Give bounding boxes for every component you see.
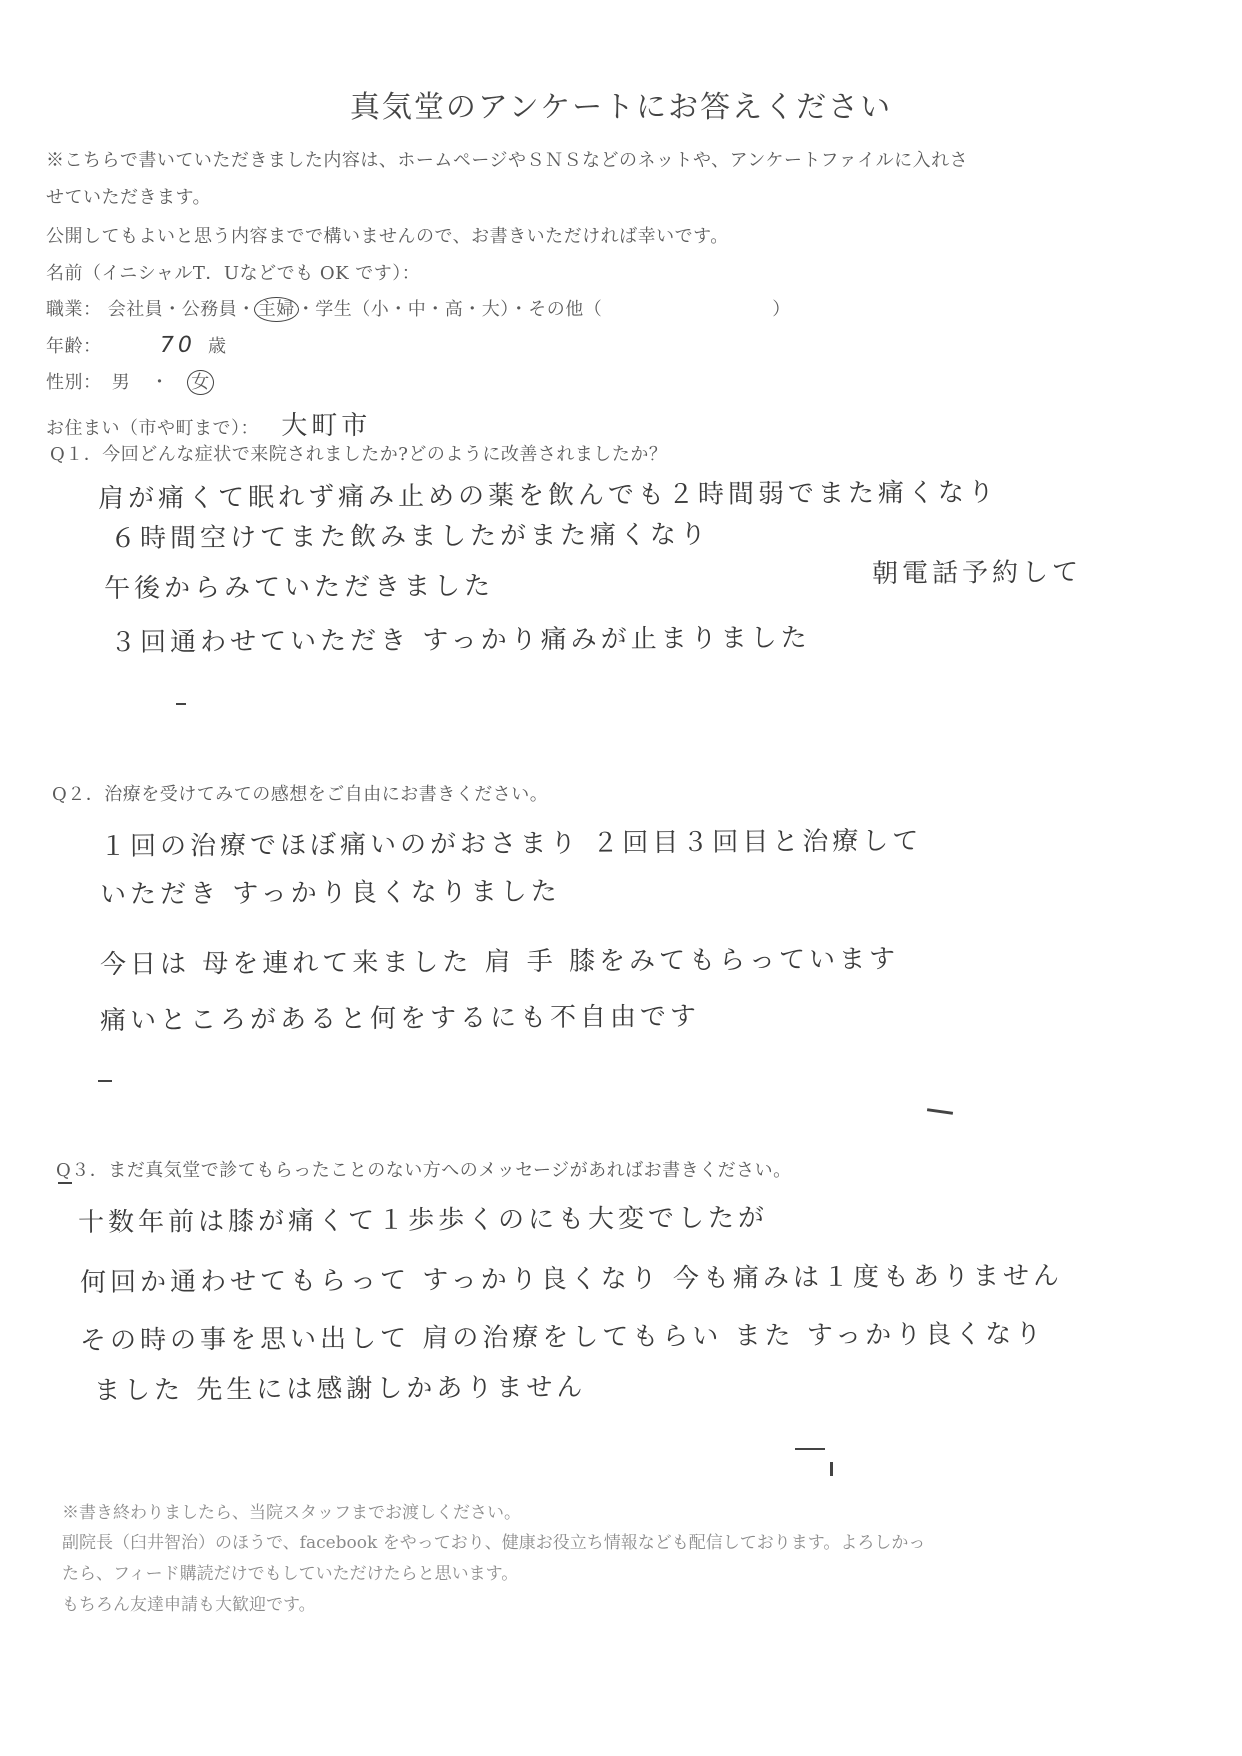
name-field: 名前（イニシャルT．Uなどでも OK です）： bbox=[46, 259, 420, 285]
scan-mark bbox=[927, 1108, 953, 1115]
question-2-answer-line-2: いただき すっかり良くなりました bbox=[100, 871, 561, 911]
question-1-label: Q１．今回どんな症状で来院されましたか?どのように改善されましたか？ bbox=[50, 440, 667, 466]
occupation-option-other: その他（ bbox=[528, 299, 602, 320]
occupation-option-student: 学生（小・中・高・大） bbox=[315, 299, 510, 320]
question-1-answer-line-5: ３回通わせていただき すっかり痛みが止まりました bbox=[110, 617, 811, 659]
question-3-answer-line-2: 何回か通わせてもらって すっかり良くなり 今も痛みは１度もありません bbox=[80, 1255, 1063, 1299]
age-unit: 歳 bbox=[208, 336, 227, 357]
question-3-answer-line-3: その時の事を思い出して 肩の治療をしてもらい また すっかり良くなり bbox=[80, 1313, 1045, 1357]
scan-mark bbox=[98, 1080, 112, 1082]
scan-mark bbox=[795, 1448, 825, 1450]
notice-line-1: ※こちらで書いていただきました内容は、ホームページやＳＮＳなどのネットや、アンケ… bbox=[46, 146, 968, 172]
question-2-answer-line-3: 今日は 母を連れて来ました 肩 手 膝をみてもらっています bbox=[100, 938, 899, 981]
scan-mark bbox=[176, 703, 186, 705]
residence-value: 大町市 bbox=[281, 411, 371, 441]
occupation-option-civil-servant: 公務員 bbox=[182, 299, 238, 320]
age-label: 年齢： bbox=[46, 336, 102, 357]
residence-label: お住まい（市や町まで）： bbox=[46, 418, 259, 439]
question-2-answer-line-4: 痛いところがあると何をするにも不自由です bbox=[100, 996, 700, 1037]
scan-mark bbox=[830, 1462, 833, 1476]
age-field: 年齢： 70 歳 bbox=[46, 332, 226, 358]
scan-mark bbox=[58, 1182, 72, 1184]
question-1-answer-line-3: 朝電話予約して bbox=[872, 552, 1082, 590]
footer-line-1: ※書き終わりましたら、当院スタッフまでお渡しください。 bbox=[62, 1498, 521, 1523]
question-1-answer-line-2: ６時間空けてまた飲みましたがまた痛くなり bbox=[110, 514, 710, 555]
age-value: 70 bbox=[160, 333, 196, 358]
question-2-answer-line-1: １回の治療でほぼ痛いのがおさまり ２回目３回目と治療して bbox=[100, 820, 923, 863]
occupation-option-homemaker-circled: 主婦 bbox=[254, 297, 299, 322]
occupation-field: 職業： 会社員・公務員・主婦・学生（小・中・高・大）・その他（） bbox=[46, 295, 791, 321]
question-3-answer-line-4: ました 先生には感謝しかありません bbox=[94, 1367, 587, 1407]
gender-field: 性別： 男 ・ 女 bbox=[46, 368, 212, 394]
footer-line-4: もちろん友達申請も大歓迎です。 bbox=[62, 1590, 316, 1615]
occupation-label: 職業： bbox=[46, 299, 102, 320]
footer-line-3: たら、フィード購読だけでもしていただけたらと思います。 bbox=[62, 1559, 518, 1584]
residence-field: お住まい（市や町まで）： 大町市 bbox=[46, 405, 371, 442]
occupation-other-close: ） bbox=[772, 299, 791, 320]
footer-line-2: 副院長（臼井智治）のほうで、facebook をやっており、健康お役立ち情報など… bbox=[62, 1528, 925, 1553]
gender-label: 性別： bbox=[46, 372, 102, 393]
gender-option-female-circled: 女 bbox=[187, 370, 214, 395]
gender-option-male: 男 bbox=[112, 372, 131, 393]
question-3-label: Q３．まだ真気堂で診てもらったことのない方へのメッセージがあればお書きください。 bbox=[56, 1156, 792, 1182]
notice-line-2: せていただきます。 bbox=[46, 183, 211, 209]
notice-line-3: 公開してもよいと思う内容までで構いませんので、お書きいただければ幸いです。 bbox=[46, 222, 729, 248]
question-2-label: Q２．治療を受けてみての感想をご自由にお書きください。 bbox=[52, 780, 548, 806]
occupation-option-company-employee: 会社員 bbox=[108, 299, 164, 320]
question-3-answer-line-1: 十数年前は膝が痛くて１歩歩くのにも大変でしたが bbox=[78, 1197, 768, 1239]
question-1-answer-line-4: 午後からみていただきました bbox=[104, 565, 494, 605]
name-label: 名前（イニシャルT．Uなどでも OK です）： bbox=[46, 263, 420, 284]
form-title: 真気堂のアンケートにお答えください bbox=[0, 82, 1242, 126]
question-1-answer-line-1: 肩が痛くて眠れず痛み止めの薬を飲んでも２時間弱でまた痛くなり bbox=[98, 472, 998, 515]
